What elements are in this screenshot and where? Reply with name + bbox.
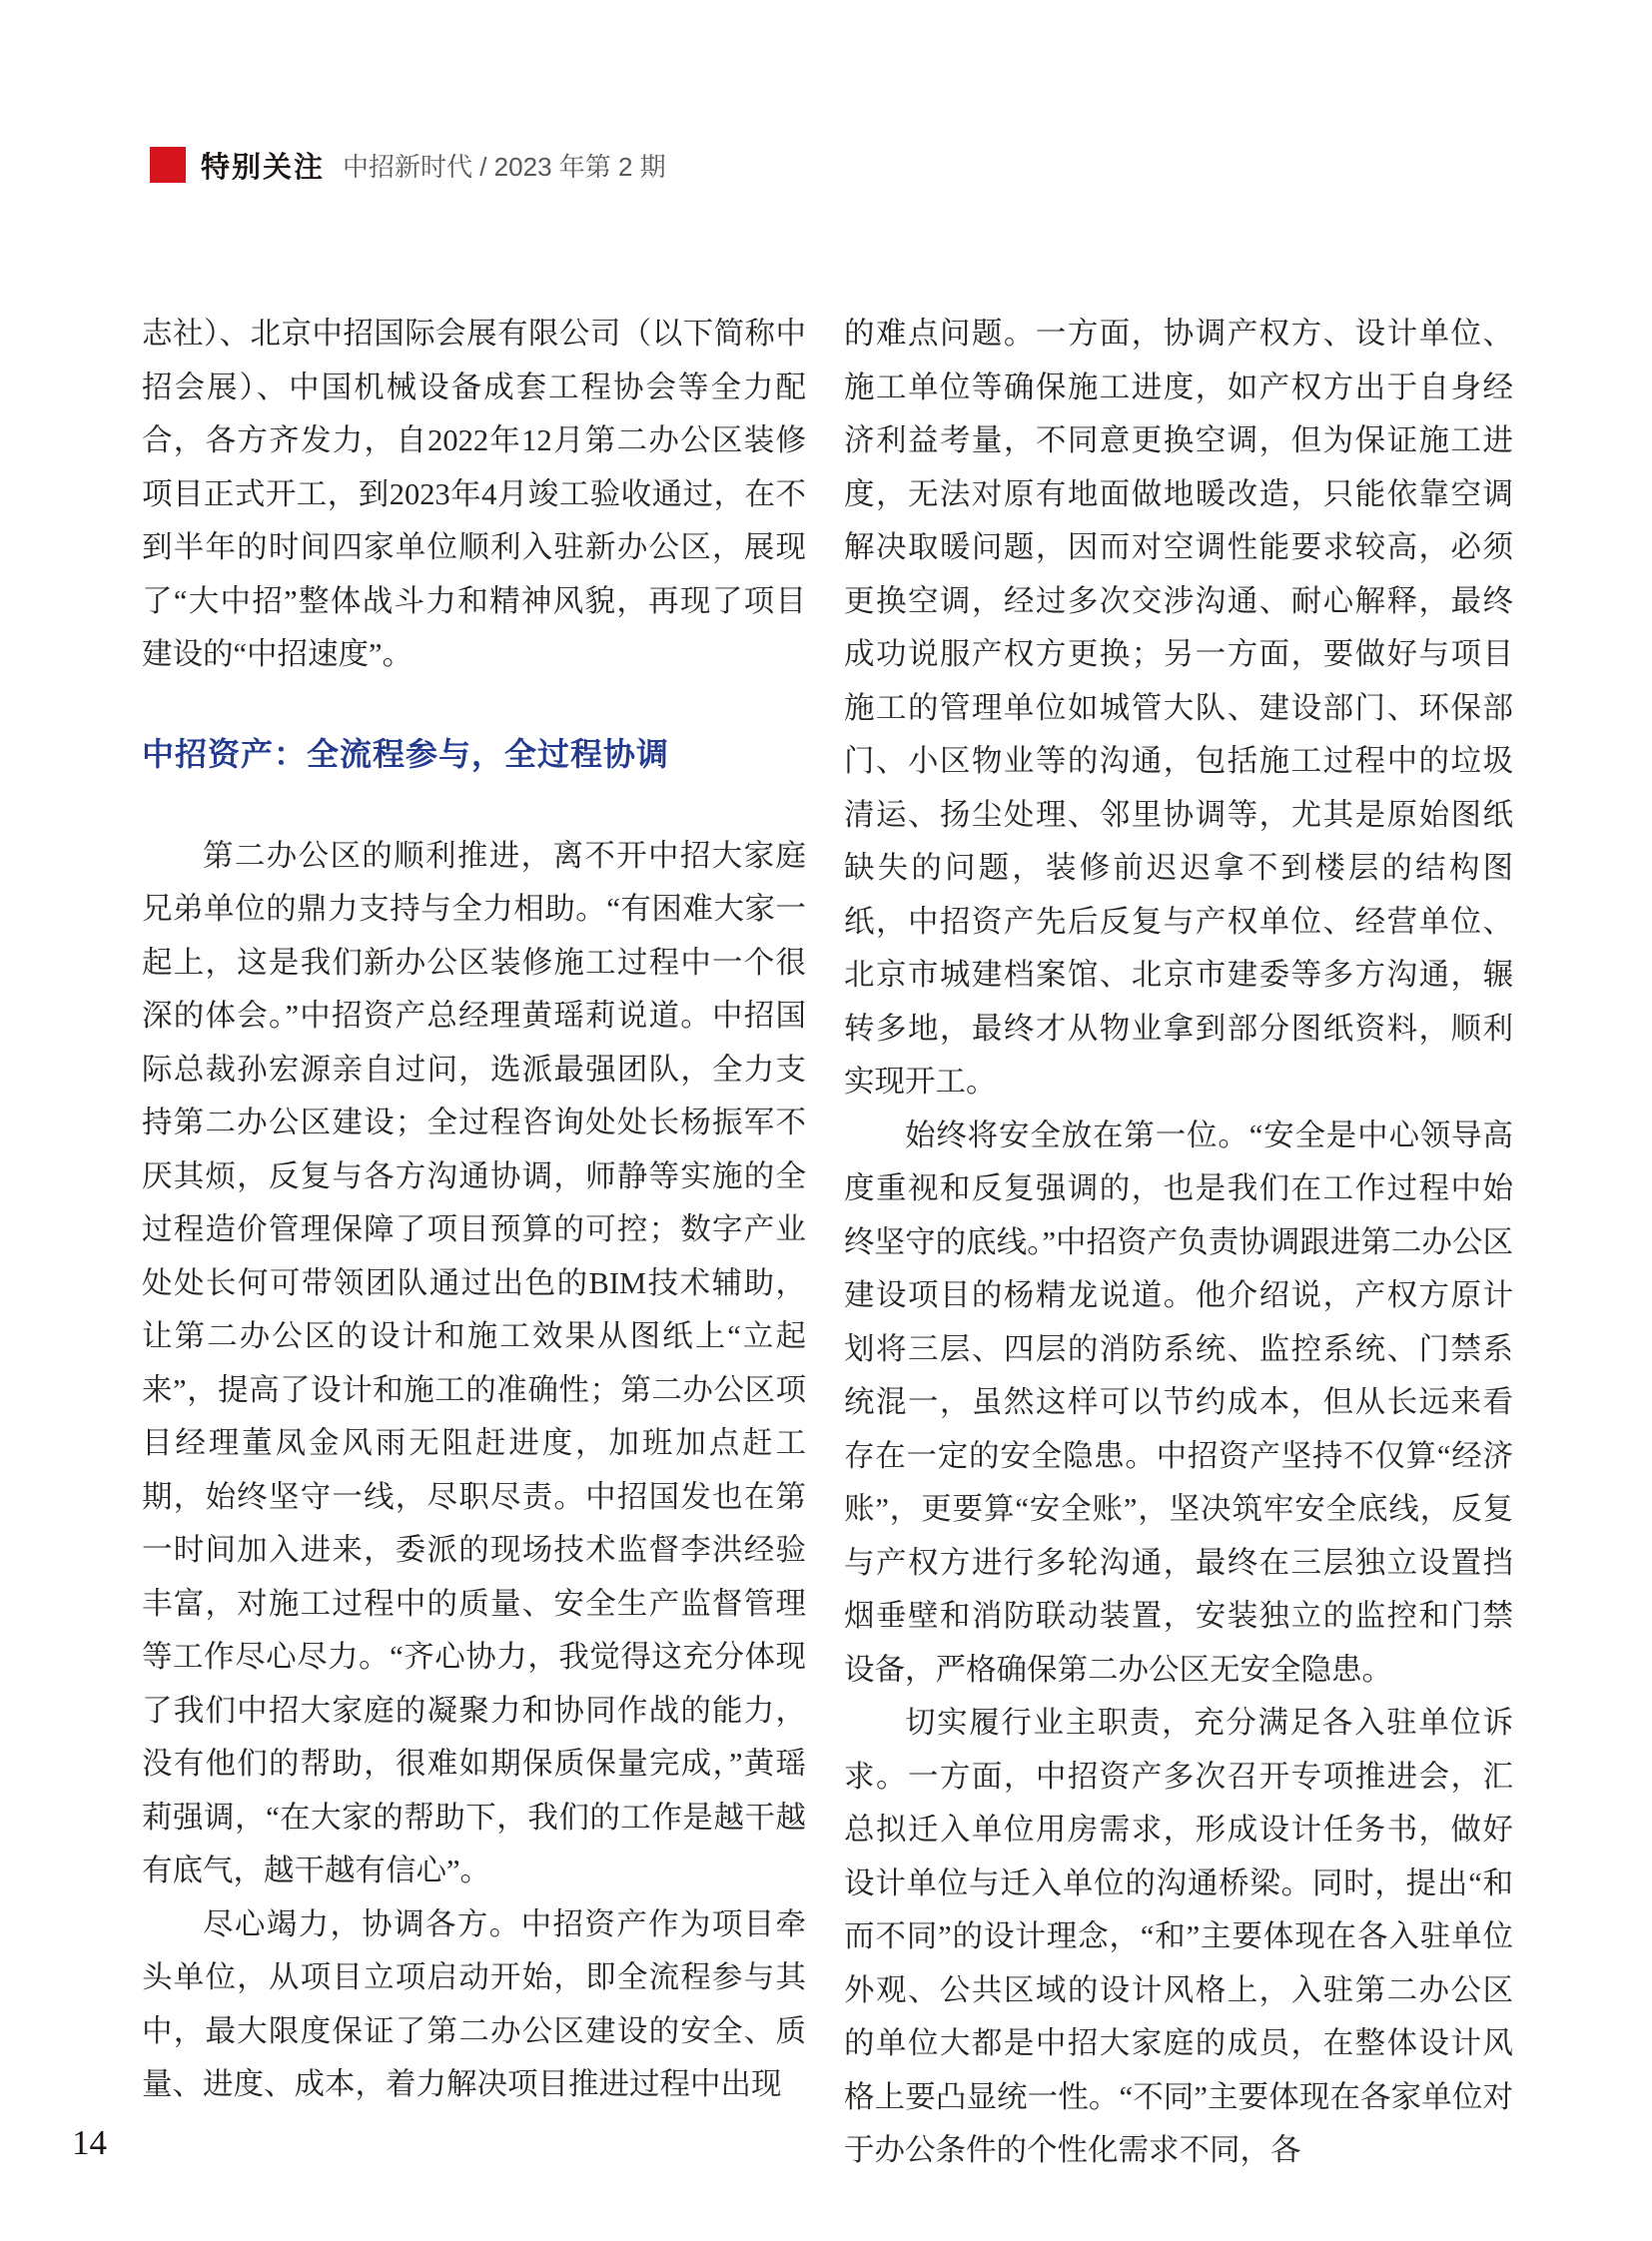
- page-number: 14: [72, 2123, 107, 2163]
- issue-info: 中招新时代 / 2023 年第 2 期: [343, 147, 666, 184]
- left-column: 志社）、北京中招国际会展有限公司（以下简称中招会展）、中国机械设备成套工程协会等…: [142, 308, 806, 2112]
- paragraph-owner-duty: 切实履行业主职责，充分满足各入驻单位诉求。一方面，中招资产多次召开专项推进会，汇…: [844, 1697, 1513, 2178]
- page-header: 特别关注 中招新时代 / 2023 年第 2 期: [150, 143, 666, 187]
- paragraph-continuation-from-previous-page: 志社）、北京中招国际会展有限公司（以下简称中招会展）、中国机械设备成套工程协会等…: [142, 308, 806, 682]
- paragraph-support: 第二办公区的顺利推进，离不开中招大家庭兄弟单位的鼎力支持与全力相助。“有困难大家…: [142, 830, 806, 1898]
- paragraph-coordination: 尽心竭力，协调各方。中招资产作为项目牵头单位，从项目立项启动开始，即全流程参与其…: [142, 1898, 806, 2112]
- red-accent-square: [150, 147, 186, 183]
- article-heading: 中招资产：全流程参与，全过程协调: [142, 732, 806, 776]
- section-label: 特别关注: [201, 145, 325, 186]
- paragraph-difficulties: 的难点问题。一方面，协调产权方、设计单位、施工单位等确保施工进度，如产权方出于自…: [844, 308, 1513, 1110]
- right-column: 的难点问题。一方面，协调产权方、设计单位、施工单位等确保施工进度，如产权方出于自…: [844, 308, 1513, 2178]
- magazine-page: 特别关注 中招新时代 / 2023 年第 2 期 志社）、北京中招国际会展有限公…: [0, 0, 1652, 2241]
- paragraph-safety: 始终将安全放在第一位。“安全是中心领导高度重视和反复强调的，也是我们在工作过程中…: [844, 1110, 1513, 1698]
